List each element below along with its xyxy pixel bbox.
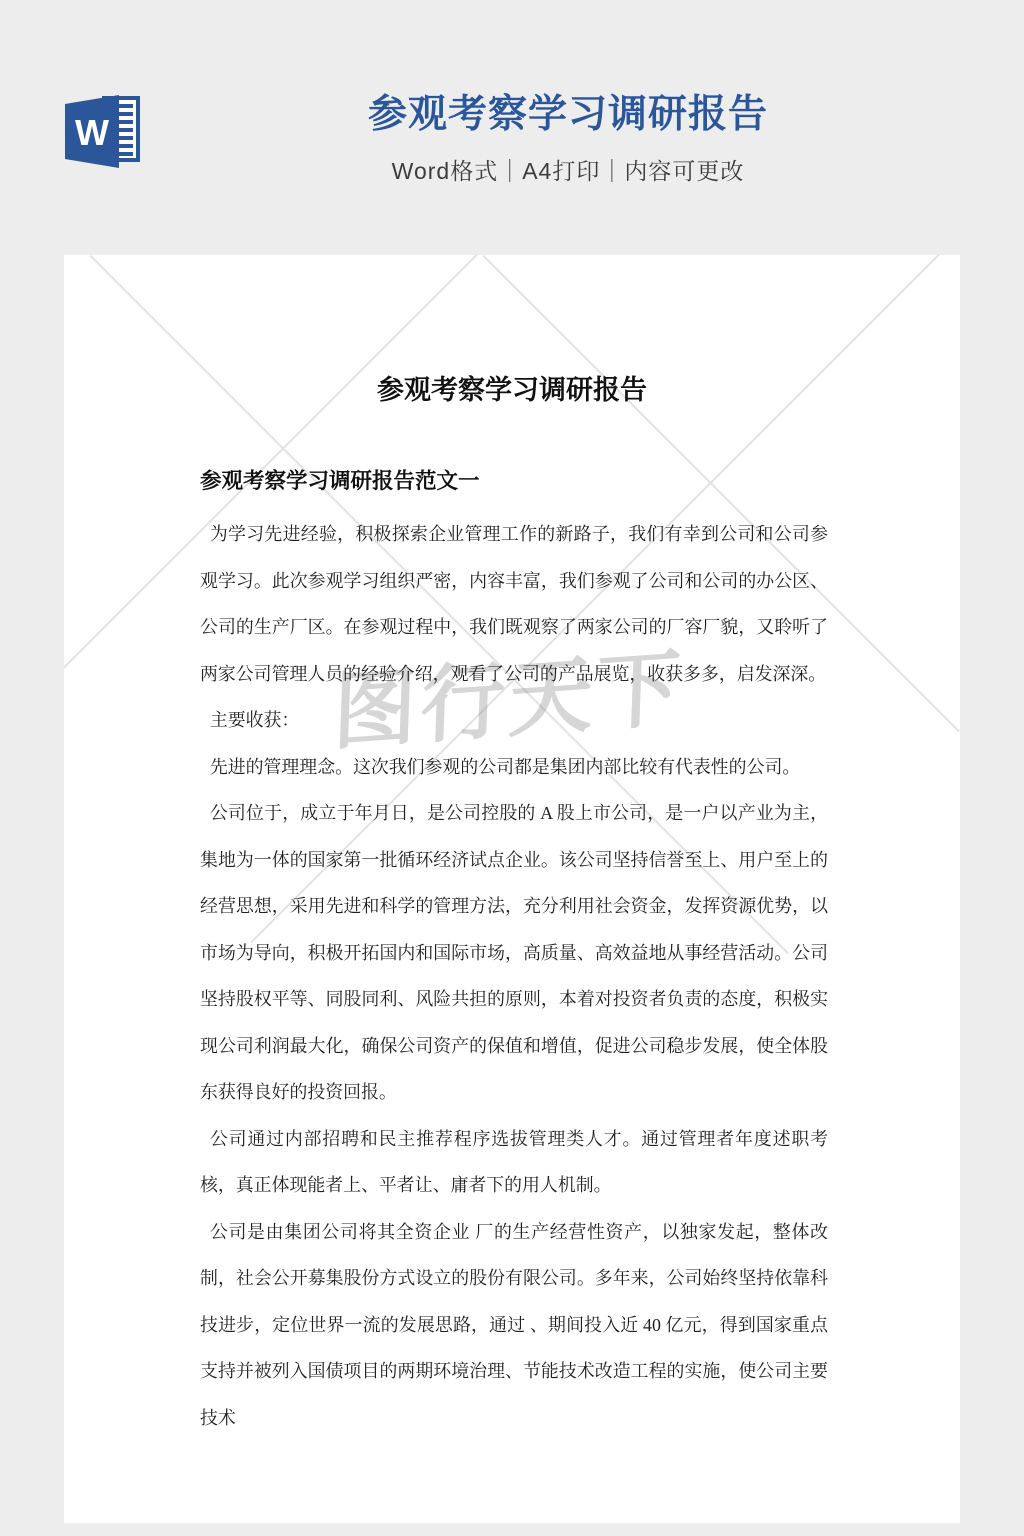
header-text-block: 参观考察学习调研报告 Word格式｜A4打印｜内容可更改 [168, 92, 968, 188]
document-page: 图行天下 参观考察学习调研报告 参观考察学习调研报告范文一 为学习先进经验，积极… [64, 255, 960, 1523]
document-section-heading: 参观考察学习调研报告范文一 [200, 467, 840, 495]
preview-header: W 参观考察学习调研报告 Word格式｜A4打印｜内容可更改 [0, 0, 1024, 255]
word-logo-icon: W [62, 93, 142, 171]
body-paragraph: 公司通过内部招聘和民主推荐程序选拔管理类人才。通过管理者年度述职考核，真正体现能… [200, 1116, 828, 1209]
body-paragraph: 先进的管理理念。这次我们参观的公司都是集团内部比较有代表性的公司。 [200, 744, 828, 791]
word-icon-letter: W [75, 112, 109, 153]
screenshot-root: { "colors": { "accent_blue": "#2b579a", … [0, 0, 1024, 1536]
body-paragraph: 主要收获： [200, 697, 828, 744]
body-paragraph: 为学习先进经验，积极探索企业管理工作的新路子，我们有幸到公司和公司参观学习。此次… [200, 511, 828, 697]
body-paragraph: 公司是由集团公司将其全资企业 厂的生产经营性资产，以独家发起，整体改制，社会公开… [200, 1209, 828, 1442]
word-logo-svg: W [62, 93, 142, 171]
document-title: 参观考察学习调研报告 [64, 372, 960, 408]
header-subtitle: Word格式｜A4打印｜内容可更改 [168, 154, 968, 188]
body-paragraph: 公司位于，成立于年月日，是公司控股的 A 股上市公司，是一户以产业为主，集地为一… [200, 790, 828, 1116]
document-body: 为学习先进经验，积极探索企业管理工作的新路子，我们有幸到公司和公司参观学习。此次… [200, 511, 828, 1441]
header-title: 参观考察学习调研报告 [168, 92, 968, 138]
